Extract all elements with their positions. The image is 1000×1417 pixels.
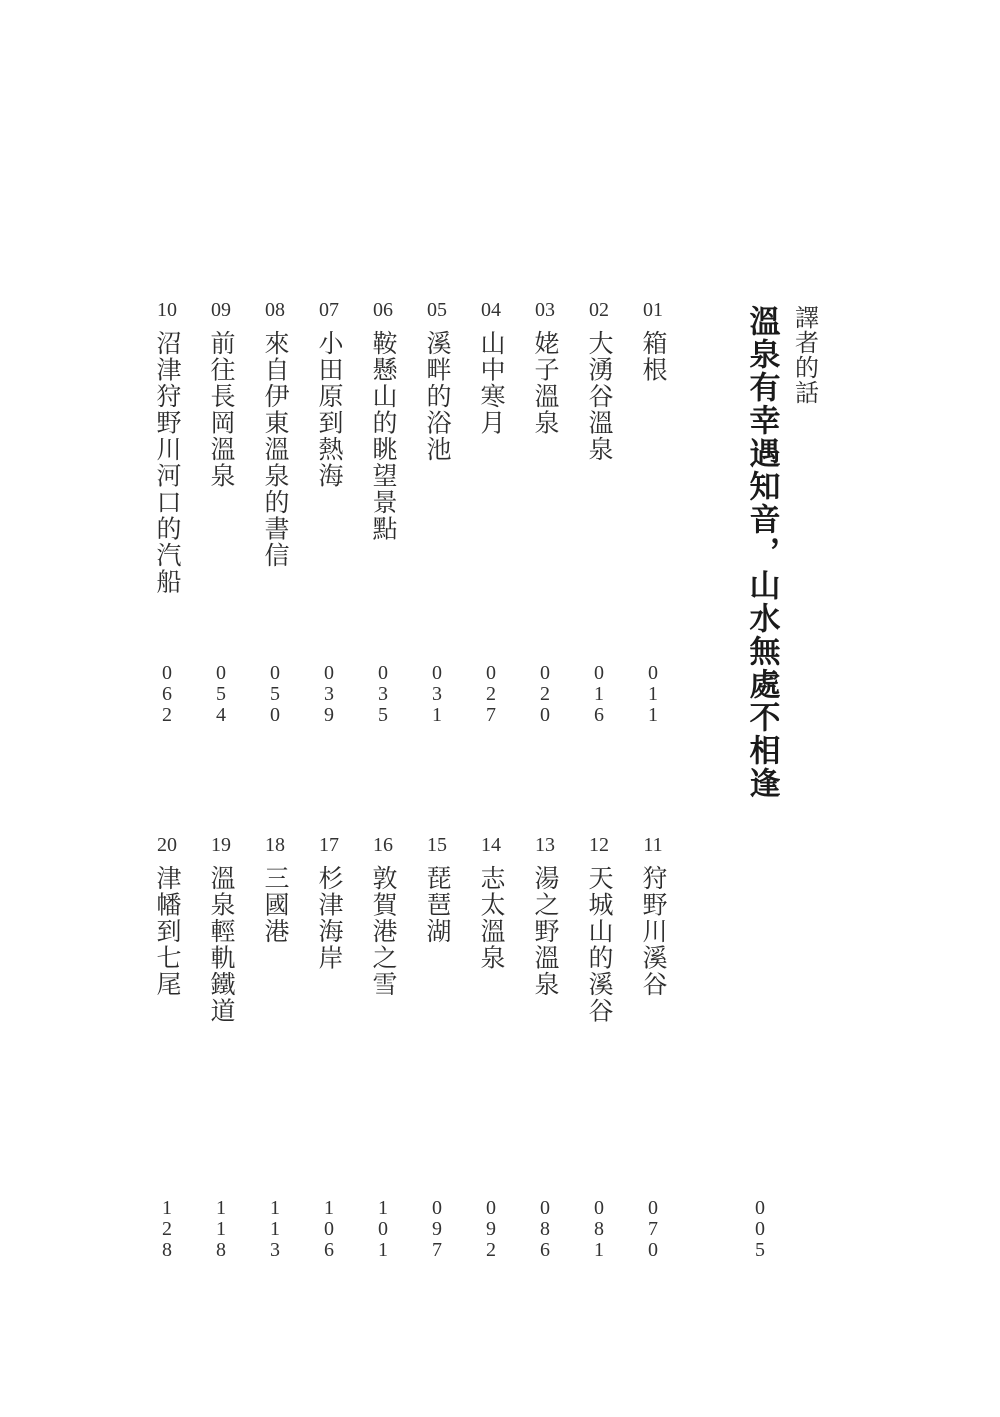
intro-label: 譯者的話 [788, 305, 823, 405]
toc-entry[interactable]: 18三國港 [255, 835, 295, 945]
page-digit: 9 [486, 1219, 496, 1240]
chapter-page-number: 081 [587, 1198, 611, 1261]
chapter-page-number: 027 [479, 663, 503, 726]
page-digit: 2 [162, 1219, 172, 1240]
page-digit: 6 [594, 705, 604, 726]
page-digit: 0 [540, 663, 550, 684]
chapter-title[interactable]: 鞍懸山的眺望景點 [369, 330, 397, 542]
chapter-number: 02 [589, 300, 609, 320]
chapter-number: 16 [373, 835, 393, 855]
chapter-title[interactable]: 津幡到七尾 [153, 865, 181, 998]
page-digit: 3 [378, 684, 388, 705]
chapter-page-number: 016 [587, 663, 611, 726]
chapter-title[interactable]: 姥子溫泉 [531, 330, 559, 436]
chapter-page-number: 020 [533, 663, 557, 726]
chapter-page-number: 128 [155, 1198, 179, 1261]
chapter-page-number: 118 [209, 1198, 233, 1261]
page-digit: 3 [270, 1240, 280, 1261]
page-digit: 0 [378, 663, 388, 684]
chapter-title[interactable]: 前往長岡溫泉 [207, 330, 235, 489]
page-digit: 0 [648, 1240, 658, 1261]
intro-title[interactable]: 溫泉有幸遇知音，山水無處不相逢 [740, 305, 785, 800]
toc-entry[interactable]: 03姥子溫泉 [525, 300, 565, 436]
toc-entry[interactable]: 20津幡到七尾 [147, 835, 187, 998]
page-digit: 1 [216, 1198, 226, 1219]
toc-entry[interactable]: 10沼津狩野川河口的汽船 [147, 300, 187, 595]
chapter-number: 08 [265, 300, 285, 320]
page-digit: 0 [162, 663, 172, 684]
chapter-page-number: 054 [209, 663, 233, 726]
page-digit: 8 [594, 1219, 604, 1240]
page-digit: 0 [648, 1198, 658, 1219]
chapter-number: 15 [427, 835, 447, 855]
page-digit: 1 [648, 705, 658, 726]
page-digit: 0 [755, 1198, 765, 1219]
intro-label-column: 譯者的話 [785, 305, 825, 405]
toc-entry[interactable]: 12天城山的溪谷 [579, 835, 619, 1024]
chapter-number: 12 [589, 835, 609, 855]
toc-entry[interactable]: 01箱根 [633, 300, 673, 383]
page-digit: 2 [540, 684, 550, 705]
chapter-title[interactable]: 溫泉輕軌鐵道 [207, 865, 235, 1024]
page-digit: 7 [432, 1240, 442, 1261]
chapter-page-number: 031 [425, 663, 449, 726]
chapter-title[interactable]: 山中寒月 [477, 330, 505, 436]
chapter-number: 05 [427, 300, 447, 320]
toc-entry[interactable]: 05溪畔的浴池 [417, 300, 457, 463]
page-digit: 8 [216, 1240, 226, 1261]
chapter-page-number: 106 [317, 1198, 341, 1261]
page-digit: 1 [378, 1240, 388, 1261]
chapter-number: 20 [157, 835, 177, 855]
page-digit: 0 [270, 705, 280, 726]
chapter-number: 01 [643, 300, 663, 320]
page-digit: 0 [432, 1198, 442, 1219]
page-digit: 0 [216, 663, 226, 684]
page-digit: 0 [432, 663, 442, 684]
page-digit: 6 [324, 1240, 334, 1261]
toc-entry[interactable]: 19溫泉輕軌鐵道 [201, 835, 241, 1024]
chapter-number: 13 [535, 835, 555, 855]
chapter-title[interactable]: 小田原到熱海 [315, 330, 343, 489]
toc-entry[interactable]: 14志太溫泉 [471, 835, 511, 971]
page-digit: 0 [540, 705, 550, 726]
page-digit: 8 [540, 1219, 550, 1240]
intro-title-column: 溫泉有幸遇知音，山水無處不相逢 [740, 305, 784, 800]
chapter-number: 07 [319, 300, 339, 320]
chapter-page-number: 011 [641, 663, 665, 726]
page-digit: 1 [432, 705, 442, 726]
chapter-title[interactable]: 敦賀港之雪 [369, 865, 397, 998]
chapter-number: 04 [481, 300, 501, 320]
page-digit: 5 [755, 1240, 765, 1261]
page-digit: 3 [324, 684, 334, 705]
page-digit: 1 [594, 684, 604, 705]
chapter-number: 18 [265, 835, 285, 855]
chapter-title[interactable]: 來自伊東溫泉的書信 [261, 330, 289, 569]
toc-entry[interactable]: 09前往長岡溫泉 [201, 300, 241, 489]
page-digit: 6 [162, 684, 172, 705]
chapter-title[interactable]: 沼津狩野川河口的汽船 [153, 330, 181, 595]
chapter-page-number: 062 [155, 663, 179, 726]
chapter-page-number: 039 [317, 663, 341, 726]
chapter-page-number: 101 [371, 1198, 395, 1261]
page-digit: 0 [540, 1198, 550, 1219]
page-digit: 1 [162, 1198, 172, 1219]
page-digit: 0 [378, 1219, 388, 1240]
toc-entry[interactable]: 07小田原到熱海 [309, 300, 349, 489]
chapter-title[interactable]: 天城山的溪谷 [585, 865, 613, 1024]
chapter-number: 09 [211, 300, 231, 320]
chapter-page-number: 035 [371, 663, 395, 726]
chapter-title[interactable]: 湯之野溫泉 [531, 865, 559, 998]
chapter-title[interactable]: 三國港 [261, 865, 289, 945]
toc-entry[interactable]: 15琵琶湖 [417, 835, 457, 945]
chapter-number: 17 [319, 835, 339, 855]
chapter-number: 06 [373, 300, 393, 320]
page-digit: 1 [594, 1240, 604, 1261]
chapter-page-number: 070 [641, 1198, 665, 1261]
chapter-number: 11 [643, 835, 662, 855]
page-digit: 2 [486, 684, 496, 705]
page-digit: 2 [162, 705, 172, 726]
page-digit: 0 [755, 1219, 765, 1240]
toc-entry[interactable]: 11狩野川溪谷 [633, 835, 673, 998]
page-digit: 1 [270, 1198, 280, 1219]
toc-entry[interactable]: 08來自伊東溫泉的書信 [255, 300, 295, 569]
page-digit: 1 [216, 1219, 226, 1240]
page-digit: 3 [432, 684, 442, 705]
intro-page-number: 005 [748, 1198, 772, 1261]
toc-entry[interactable]: 04山中寒月 [471, 300, 511, 436]
chapter-page-number: 092 [479, 1198, 503, 1261]
page-digit: 2 [486, 1240, 496, 1261]
chapter-title[interactable]: 箱根 [639, 330, 667, 383]
page-digit: 0 [270, 663, 280, 684]
page-digit: 6 [540, 1240, 550, 1261]
chapter-page-number: 050 [263, 663, 287, 726]
page-digit: 4 [216, 705, 226, 726]
page-digit: 0 [324, 663, 334, 684]
chapter-page-number: 086 [533, 1198, 557, 1261]
toc-entry[interactable]: 02大湧谷溫泉 [579, 300, 619, 463]
page-digit: 0 [594, 663, 604, 684]
chapter-number: 10 [157, 300, 177, 320]
toc-entry[interactable]: 16敦賀港之雪 [363, 835, 403, 998]
page-digit: 5 [216, 684, 226, 705]
page-digit: 1 [324, 1198, 334, 1219]
page-digit: 1 [270, 1219, 280, 1240]
toc-entry[interactable]: 06鞍懸山的眺望景點 [363, 300, 403, 542]
toc-page: { "intro": { "label": "譯者的話", "title": "… [0, 0, 1000, 1417]
page-digit: 1 [648, 684, 658, 705]
toc-entry[interactable]: 13湯之野溫泉 [525, 835, 565, 998]
chapter-title[interactable]: 大湧谷溫泉 [585, 330, 613, 463]
chapter-page-number: 113 [263, 1198, 287, 1261]
page-digit: 5 [378, 705, 388, 726]
chapter-page-number: 097 [425, 1198, 449, 1261]
page-digit: 9 [432, 1219, 442, 1240]
page-digit: 0 [486, 1198, 496, 1219]
toc-entry[interactable]: 17杉津海岸 [309, 835, 349, 971]
page-digit: 0 [648, 663, 658, 684]
page-digit: 1 [378, 1198, 388, 1219]
chapter-title[interactable]: 狩野川溪谷 [639, 865, 667, 998]
chapter-title[interactable]: 杉津海岸 [315, 865, 343, 971]
chapter-title[interactable]: 溪畔的浴池 [423, 330, 451, 463]
page-digit: 8 [162, 1240, 172, 1261]
chapter-number: 03 [535, 300, 555, 320]
page-digit: 0 [486, 663, 496, 684]
page-digit: 0 [594, 1198, 604, 1219]
chapter-number: 14 [481, 835, 501, 855]
page-digit: 7 [486, 705, 496, 726]
page-digit: 9 [324, 705, 334, 726]
page-digit: 0 [324, 1219, 334, 1240]
page-digit: 5 [270, 684, 280, 705]
chapter-title[interactable]: 志太溫泉 [477, 865, 505, 971]
chapter-number: 19 [211, 835, 231, 855]
chapter-title[interactable]: 琵琶湖 [423, 865, 451, 945]
page-digit: 7 [648, 1219, 658, 1240]
